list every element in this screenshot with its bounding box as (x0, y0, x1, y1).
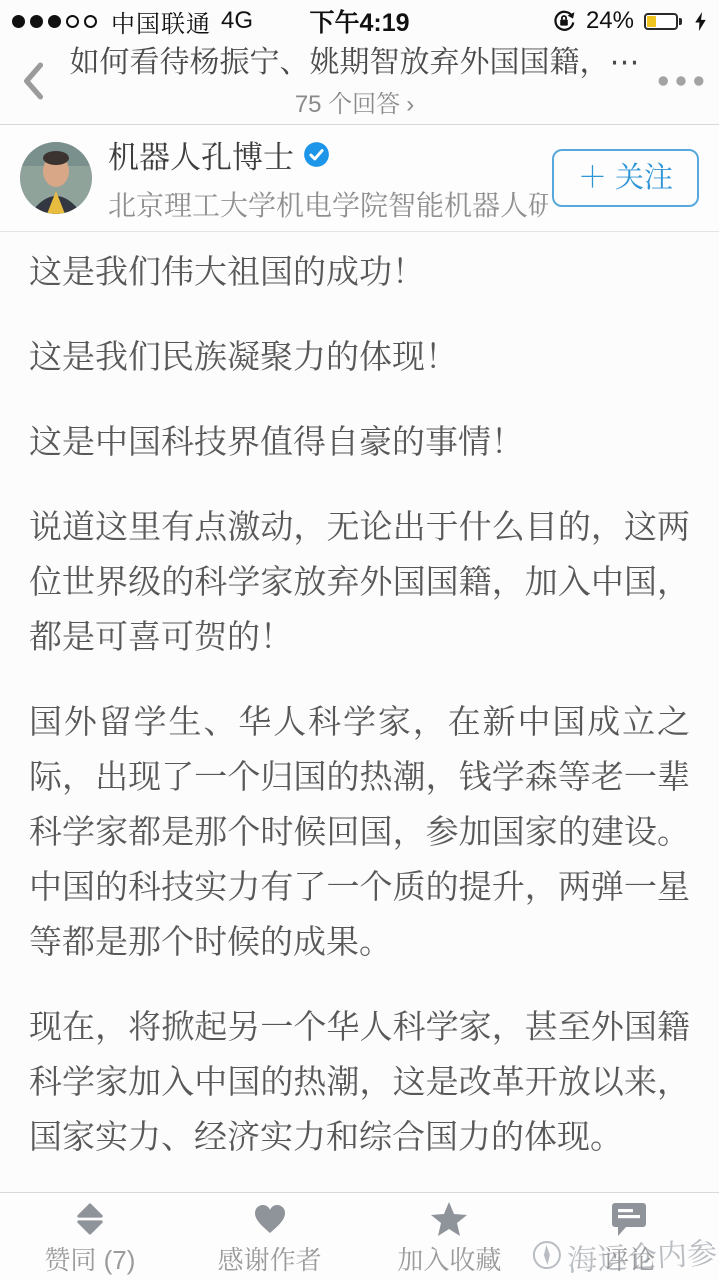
toolbar-label: 加入收藏 (397, 1240, 501, 1277)
toolbar-label: 评论 (603, 1240, 655, 1277)
toolbar-label: 赞同 (7) (44, 1240, 135, 1277)
answer-paragraph: 这是中国科技界值得自豪的事情！ (29, 414, 690, 469)
chevron-left-icon (22, 62, 44, 103)
author-card: 机器人孔博士 北京理工大学机电学院智能机器人研... ＋ 关注 (0, 125, 719, 232)
answers-count-label: 75 个回答 (295, 91, 400, 118)
question-title[interactable]: 如何看待杨振宁、姚期智放弃外国国籍，⋯ (66, 45, 643, 81)
star-button[interactable]: 加入收藏 (360, 1193, 540, 1280)
signal-dot (48, 15, 61, 28)
signal-strength-icon (12, 15, 97, 28)
signal-dot (12, 15, 25, 28)
answer-paragraph: 这是我们伟大祖国的成功！ (29, 244, 690, 299)
author-name[interactable]: 机器人孔博士 (108, 132, 294, 177)
bottom-toolbar: 赞同 (7)感谢作者加入收藏评论 海运仓内参 (0, 1192, 719, 1280)
battery-percent-label: 24% (586, 7, 634, 35)
vote-button[interactable]: 赞同 (7) (0, 1193, 180, 1280)
author-bio: 北京理工大学机电学院智能机器人研... (108, 184, 548, 224)
network-label: 4G (221, 7, 253, 35)
comment-icon (611, 1201, 647, 1237)
back-button[interactable] (0, 40, 66, 124)
answer-paragraph: 现在，将掀起另一个华人科学家，甚至外国籍科学家加入中国的热潮，这是改革开放以来，… (29, 999, 690, 1164)
answer-paragraph: 国外留学生、华人科学家，在新中国成立之际，出现了一个归国的热潮，钱学森等老一辈科… (29, 694, 690, 969)
answers-count-link[interactable]: 75 个回答› (66, 84, 643, 119)
author-meta: 机器人孔博士 北京理工大学机电学院智能机器人研... (108, 132, 552, 224)
more-button[interactable] (643, 40, 719, 124)
verified-badge-icon (303, 141, 330, 168)
follow-button[interactable]: ＋ 关注 (552, 149, 699, 208)
star-icon (430, 1201, 468, 1237)
answer-body: 这是我们伟大祖国的成功！这是我们民族凝聚力的体现！这是中国科技界值得自豪的事情！… (0, 232, 719, 1164)
vote-icon (74, 1201, 106, 1237)
ellipsis-icon (658, 75, 704, 90)
battery-icon (644, 13, 678, 30)
heart-icon (252, 1201, 288, 1237)
nav-bar: 如何看待杨振宁、姚期智放弃外国国籍，⋯ 75 个回答› (0, 40, 719, 125)
battery-fill (647, 16, 656, 27)
carrier-label: 中国联通 (111, 4, 211, 39)
charging-bolt-icon (694, 12, 707, 31)
status-bar: 中国联通 4G 下午4:19 24% (0, 0, 719, 40)
avatar[interactable] (20, 142, 92, 214)
clock-label: 下午4:19 (309, 9, 409, 37)
toolbar-label: 感谢作者 (218, 1240, 322, 1277)
signal-dot (84, 15, 97, 28)
rotation-lock-icon (552, 9, 576, 33)
chevron-right-icon: › (406, 91, 414, 118)
signal-dot (66, 15, 79, 28)
answer-paragraph: 这是我们民族凝聚力的体现！ (29, 329, 690, 384)
comment-button[interactable]: 评论 (539, 1193, 719, 1280)
heart-button[interactable]: 感谢作者 (180, 1193, 360, 1280)
signal-dot (30, 15, 43, 28)
answer-paragraph: 说道这里有点激动，无论出于什么目的，这两位世界级的科学家放弃外国国籍，加入中国，… (29, 499, 690, 664)
screen: 中国联通 4G 下午4:19 24% 如何看待杨振宁、姚期智放弃外国国籍，⋯ 7… (0, 0, 719, 1280)
